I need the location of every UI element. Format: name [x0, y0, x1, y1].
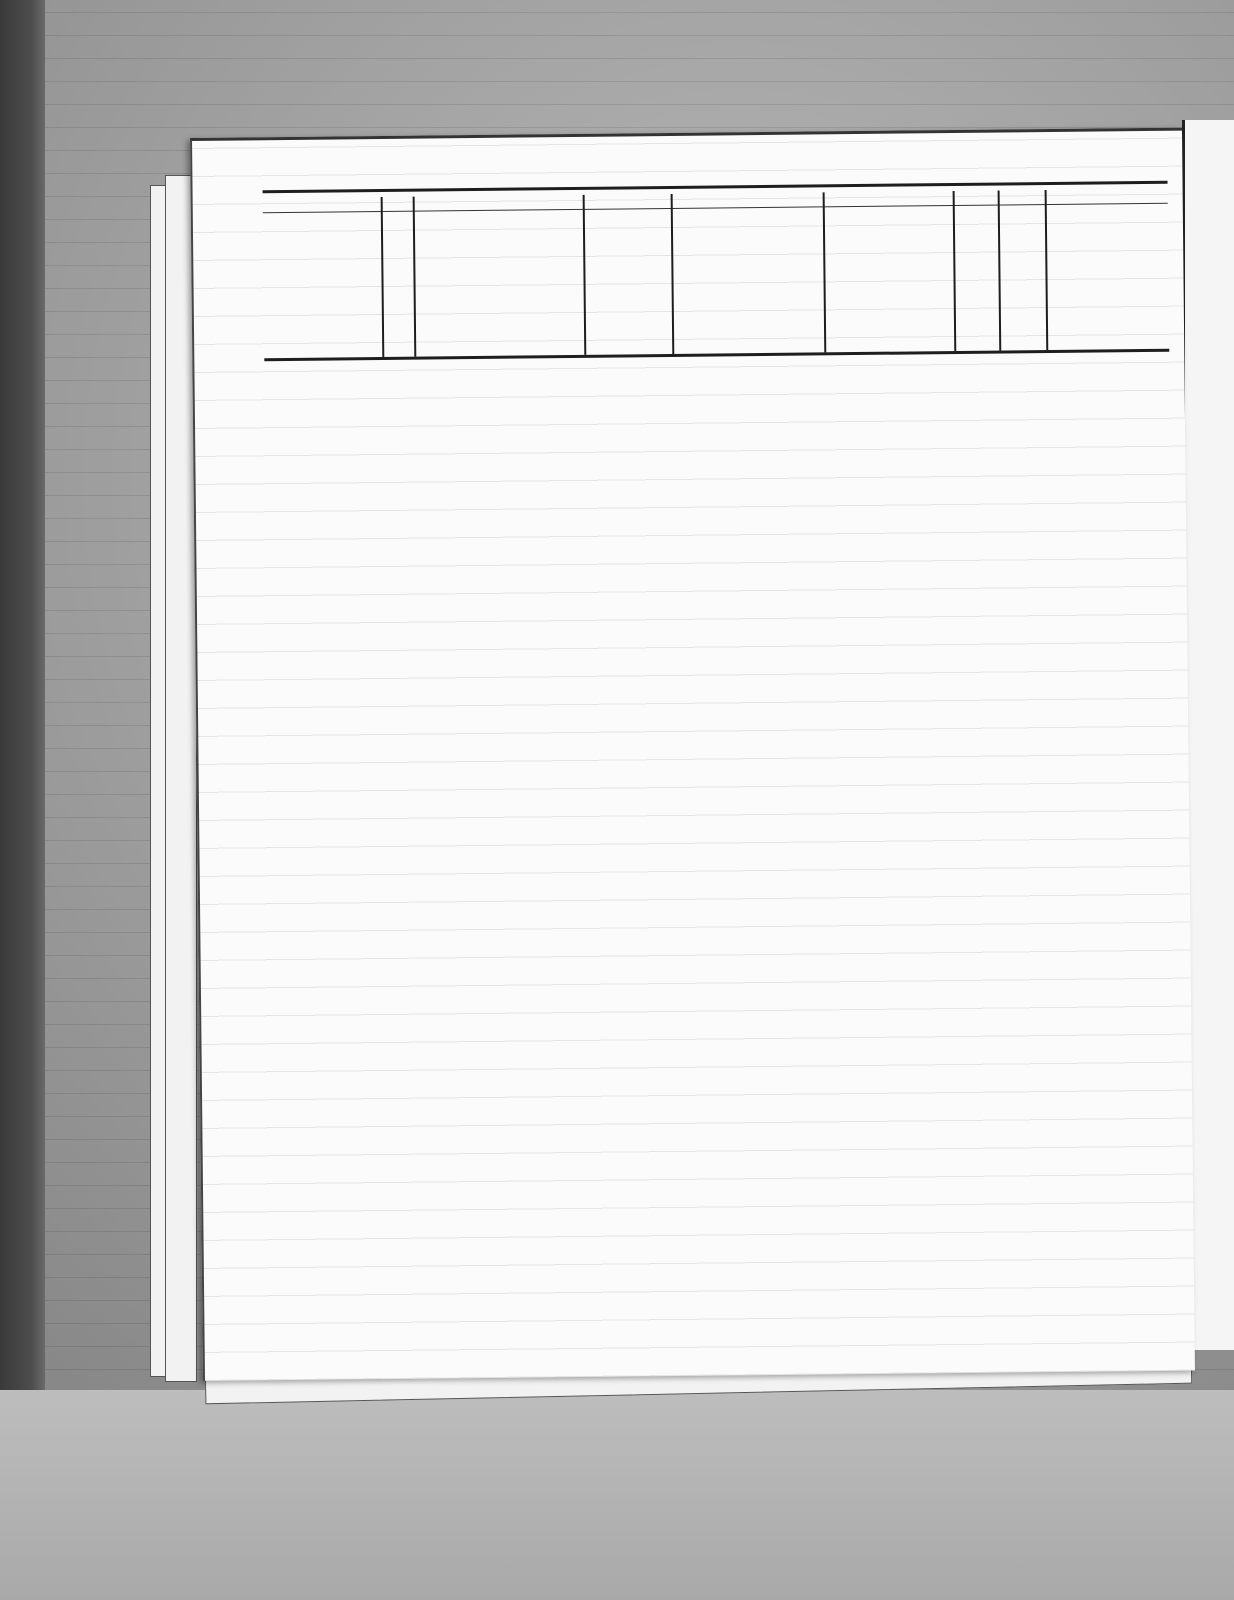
col-divider [953, 191, 957, 351]
header-date-place [673, 252, 823, 254]
header-nr-porzadkowy [387, 221, 388, 356]
col-divider [998, 191, 1002, 351]
col-divider [381, 197, 385, 357]
header-top-rule [263, 181, 1168, 193]
scan-edge-shadow [0, 0, 45, 1600]
table-surface [0, 1390, 1234, 1600]
register-page [190, 128, 1195, 1381]
header-parents [825, 219, 955, 220]
col-divider [671, 194, 675, 354]
col-divider [413, 197, 417, 357]
header-bottom-rule [264, 349, 1169, 361]
col-divider [583, 195, 587, 355]
col-divider [823, 192, 827, 352]
header-number-rule [263, 203, 1168, 213]
col-divider [1045, 190, 1049, 350]
